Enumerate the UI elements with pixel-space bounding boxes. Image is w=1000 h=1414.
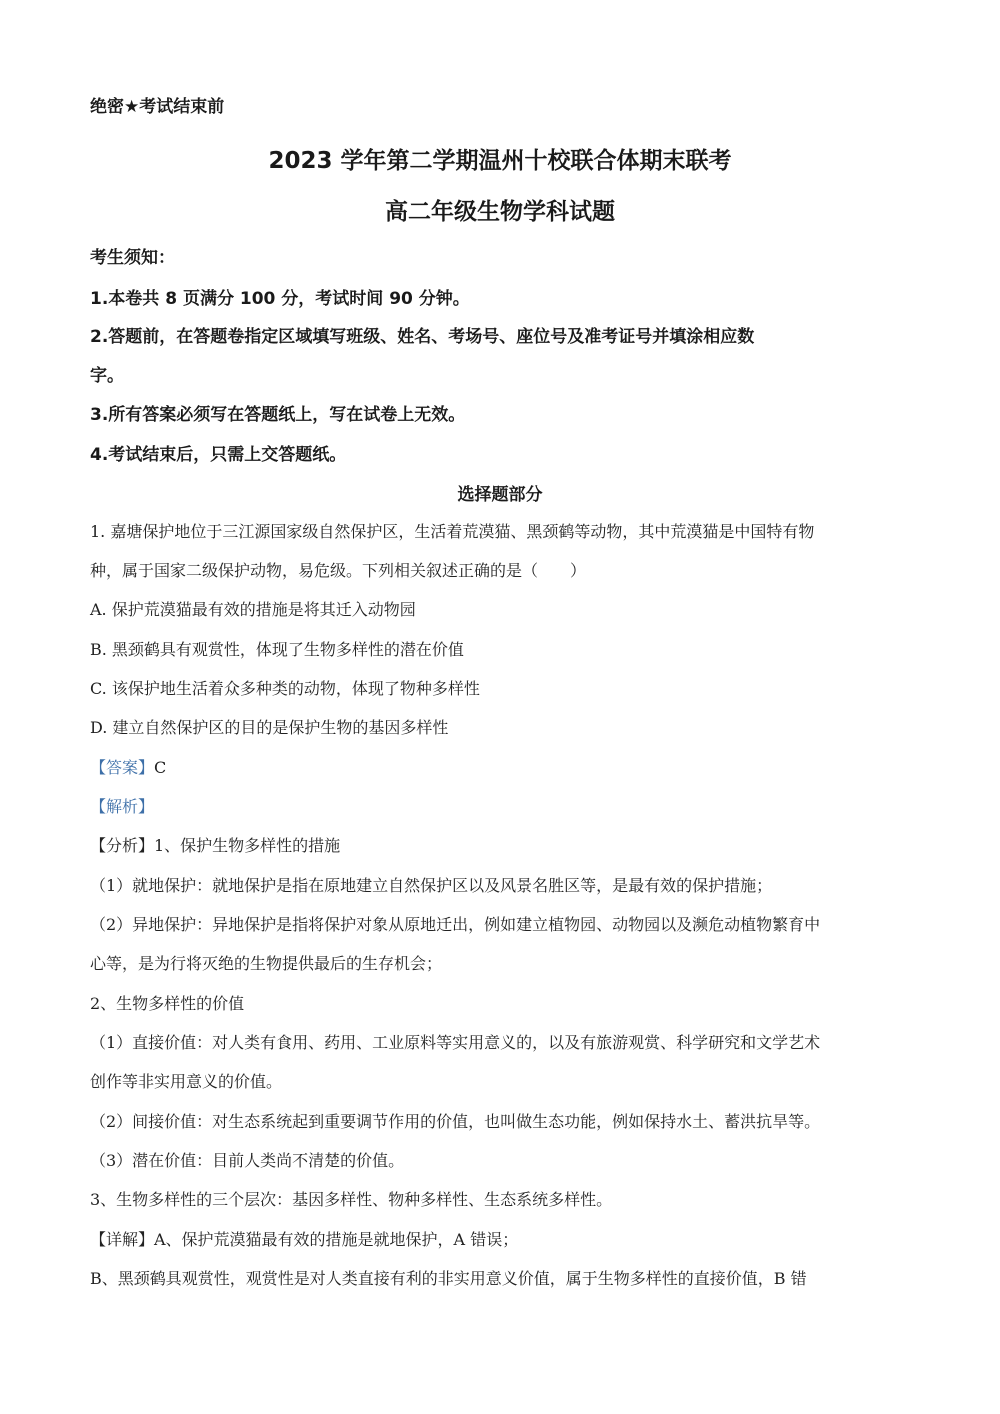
notice-item: 1.本卷共 8 页满分 100 分，考试时间 90 分钟。: [90, 284, 470, 309]
option-c: C. 该保护地生活着众多种类的动物，体现了物种多样性: [90, 676, 480, 699]
answer-value: C: [154, 758, 166, 777]
analysis-line: （2）异地保护：异地保护是指将保护对象从原地迁出，例如建立植物园、动物园以及濒危…: [90, 912, 820, 935]
confidential-mark: 绝密★考试结束前: [90, 92, 224, 117]
option-d: D. 建立自然保护区的目的是保护生物的基因多样性: [90, 715, 448, 738]
question-stem: 1. 嘉塘保护地位于三江源国家级自然保护区，生活着荒漠猫、黑颈鹤等动物，其中荒漠…: [90, 519, 814, 542]
analysis-line: 【分析】1、保护生物多样性的措施: [90, 833, 340, 856]
analysis-line: 2、生物多样性的价值: [90, 991, 244, 1014]
analysis-line: （1）就地保护：就地保护是指在原地建立自然保护区以及风景名胜区等，是最有效的保护…: [90, 873, 772, 896]
answer-line: 【答案】C: [90, 755, 166, 778]
detail-line: B、黑颈鹤具观赏性，观赏性是对人类直接有利的非实用意义价值，属于生物多样性的直接…: [90, 1266, 807, 1289]
option-b: B. 黑颈鹤具有观赏性，体现了生物多样性的潜在价值: [90, 637, 464, 660]
analysis-line: （2）间接价值：对生态系统起到重要调节作用的价值，也叫做生态功能，例如保持水土、…: [90, 1109, 820, 1132]
analysis-line: （3）潜在价值：目前人类尚不清楚的价值。: [90, 1148, 404, 1171]
explanation-label: 【解析】: [90, 794, 154, 817]
analysis-line: 心等，是为行将灭绝的生物提供最后的生存机会；: [90, 951, 442, 974]
option-a: A. 保护荒漠猫最有效的措施是将其迁入动物园: [90, 597, 416, 620]
section-title: 选择题部分: [0, 480, 1000, 505]
question-stem: 种，属于国家二级保护动物，易危级。下列相关叙述正确的是（ ）: [90, 558, 586, 581]
analysis-line: 3、生物多样性的三个层次：基因多样性、物种多样性、生态系统多样性。: [90, 1187, 612, 1210]
analysis-line: 创作等非实用意义的价值。: [90, 1069, 282, 1092]
notice-item: 4.考试结束后，只需上交答题纸。: [90, 440, 346, 465]
answer-label: 【答案】: [90, 758, 154, 777]
notice-item: 2.答题前，在答题卷指定区域填写班级、姓名、考场号、座位号及准考证号并填涂相应数: [90, 322, 754, 347]
notice-heading: 考生须知：: [90, 243, 175, 268]
detail-line: 【详解】A、保护荒漠猫最有效的措施是就地保护，A 错误；: [90, 1227, 518, 1250]
notice-item: 3.所有答案必须写在答题纸上，写在试卷上无效。: [90, 400, 465, 425]
exam-subtitle: 高二年级生物学科试题: [0, 193, 1000, 226]
exam-title: 2023 学年第二学期温州十校联合体期末联考: [0, 142, 1000, 175]
analysis-line: （1）直接价值：对人类有食用、药用、工业原料等实用意义的，以及有旅游观赏、科学研…: [90, 1030, 820, 1053]
notice-item: 字。: [90, 361, 124, 386]
